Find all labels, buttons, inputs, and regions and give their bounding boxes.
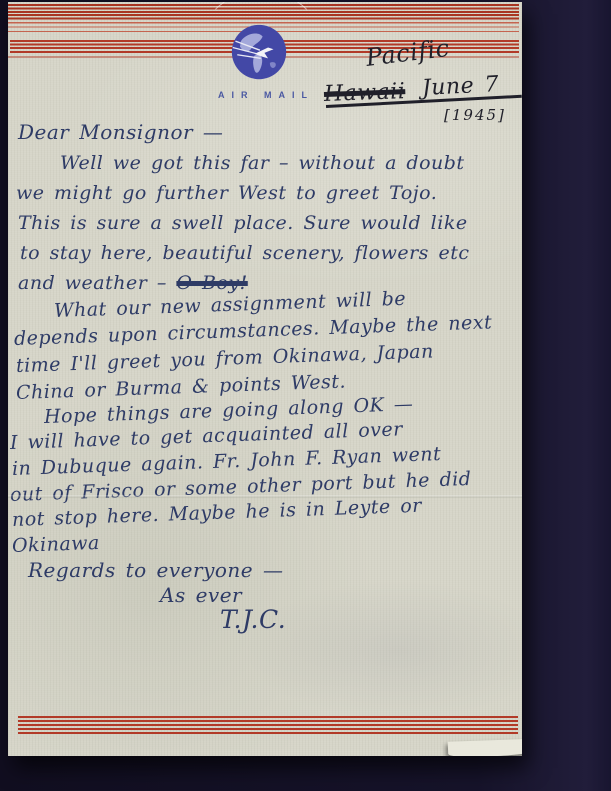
air-mail-label: AIR MAIL — [186, 90, 346, 100]
red-stripe-band-bottom — [18, 716, 518, 734]
signature: T.J.C. — [220, 605, 286, 634]
dateline-year-annotation: [1945] — [444, 106, 506, 124]
handwriting-line: and weather – O Boy! — [18, 272, 248, 294]
page-curl — [448, 738, 522, 756]
salutation: Dear Monsignor — — [18, 120, 223, 144]
handwriting-line: Okinawa — [12, 532, 101, 557]
globe-with-airplane-icon — [230, 23, 288, 81]
weather-struck-text: O Boy! — [176, 272, 247, 294]
dateline-date: June 7 — [421, 72, 499, 101]
handwriting-line: we might go further West to greet Tojo. — [16, 182, 437, 204]
handwriting-line: This is sure a swell place. Sure would l… — [18, 212, 468, 234]
closing-valediction: As ever — [160, 583, 242, 607]
closing-regards: Regards to everyone — — [28, 558, 284, 582]
fold-crease — [8, 495, 522, 498]
handwriting-line: to stay here, beautiful scenery, flowers… — [20, 242, 470, 264]
letter-paper: AIR MAIL Pacific Hawaii June 7 [1945] De… — [8, 2, 522, 756]
weather-text: and weather – — [18, 272, 176, 294]
handwriting-line: Well we got this far – without a doubt — [60, 152, 465, 174]
scan-background: AIR MAIL Pacific Hawaii June 7 [1945] De… — [0, 0, 611, 791]
